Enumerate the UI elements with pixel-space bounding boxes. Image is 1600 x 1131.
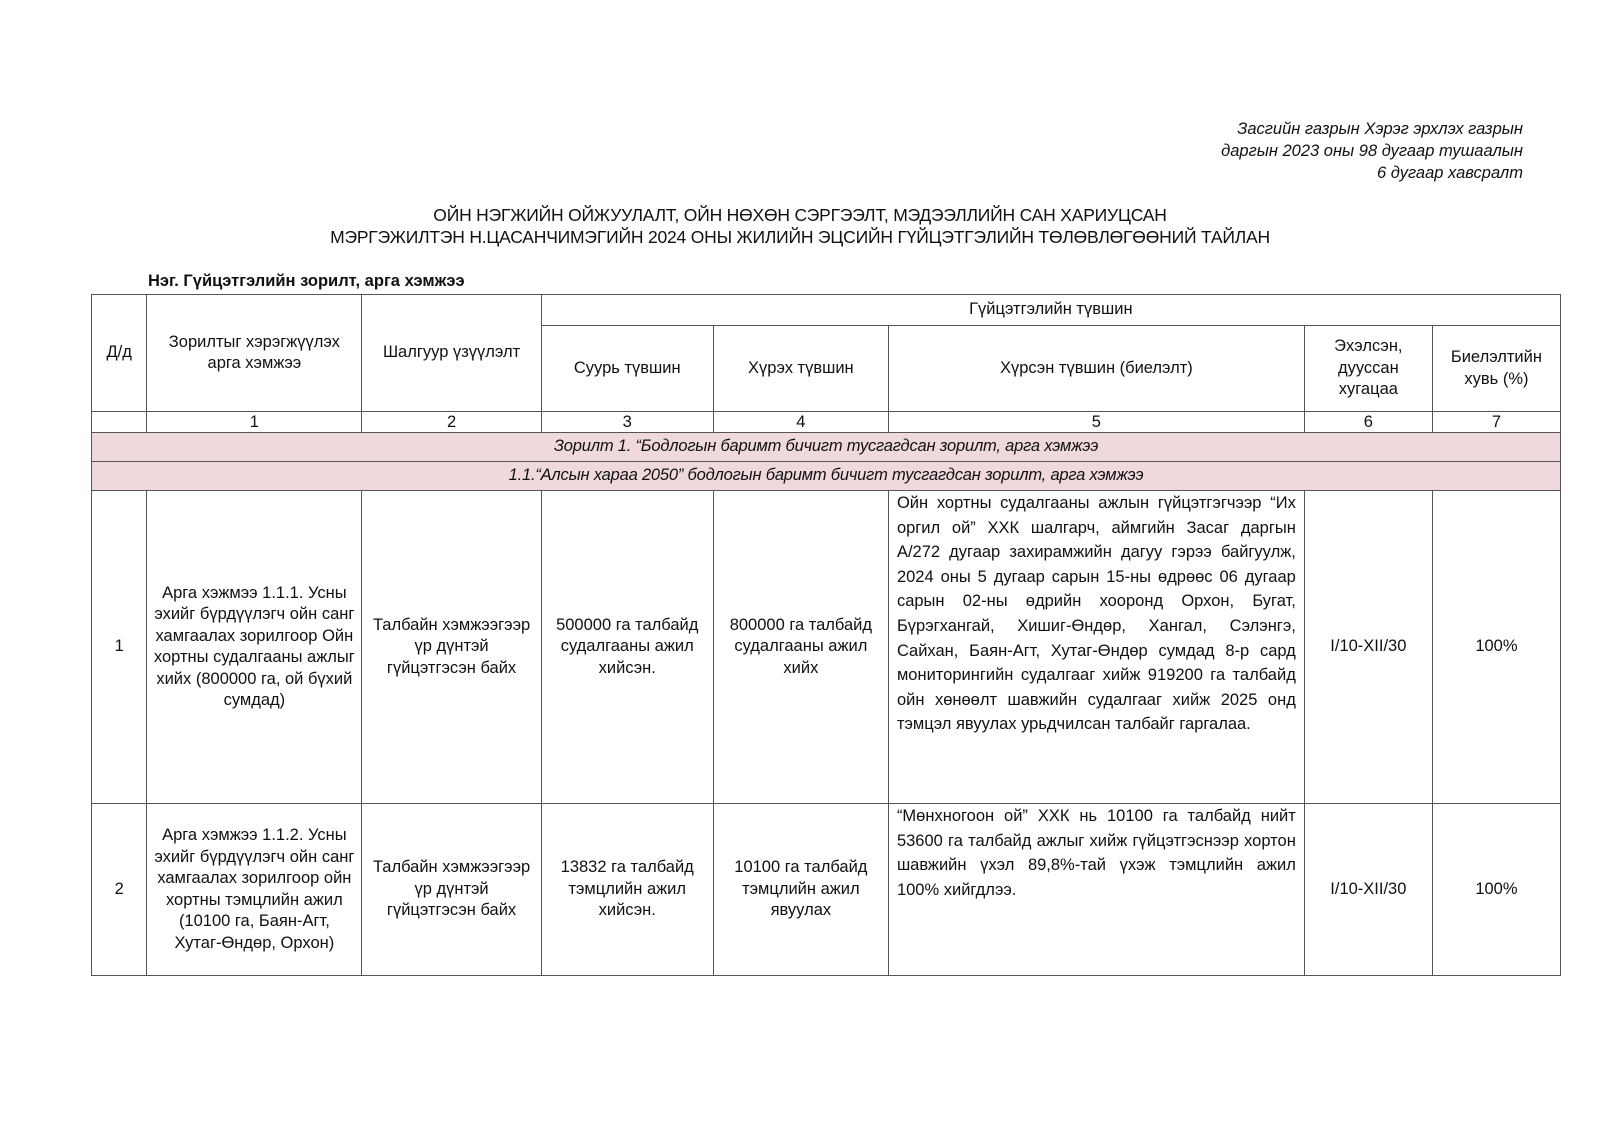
- row-criteria: Талбайн хэмжээгээр үр дүнтэй гүйцэтгэсэн…: [362, 804, 541, 976]
- subgoal-row: 1.1.“Алсын хараа 2050” бодлогын баримт б…: [92, 462, 1561, 491]
- section-heading: Нэг. Гүйцэтгэлийн зорилт, арга хэмжээ: [148, 272, 465, 291]
- column-number: 1: [147, 412, 362, 433]
- header-period: Эхэлсэн, дууссан хугацаа: [1304, 326, 1432, 412]
- column-number: 6: [1304, 412, 1432, 433]
- row-period: I/10-XII/30: [1304, 491, 1432, 804]
- row-number: 1: [92, 491, 147, 804]
- annex-reference: Засгийн газрын Хэрэг эрхлэх газрын даргы…: [1221, 118, 1523, 184]
- header-percent: Биелэлтийн хувь (%): [1432, 326, 1560, 412]
- row-baseline: 500000 га талбайд судалгааны ажил хийсэн…: [541, 491, 713, 804]
- column-number: 3: [541, 412, 713, 433]
- row-achieved: “Мөнхногоон ой” ХХК нь 10100 га талбайд …: [888, 804, 1304, 976]
- performance-table: Д/д Зорилтыг хэрэгжүүлэх арга хэмжээ Шал…: [91, 294, 1561, 976]
- title-line-2: МЭРГЭЖИЛТЭН Н.ЦАСАНЧИМЭГИЙН 2024 ОНЫ ЖИЛ…: [0, 226, 1600, 248]
- annex-line-3: 6 дугаар хавсралт: [1221, 162, 1523, 184]
- row-criteria: Талбайн хэмжээгээр үр дүнтэй гүйцэтгэсэн…: [362, 491, 541, 804]
- table-row: 2 Арга хэмжээ 1.1.2. Усны эхийг бүрдүүлэ…: [92, 804, 1561, 976]
- header-achieved: Хүрсэн түвшин (биелэлт): [888, 326, 1304, 412]
- row-target: 10100 га талбайд тэмцлийн ажил явуулах: [713, 804, 888, 976]
- column-number-row: 1 2 3 4 5 6 7: [92, 412, 1561, 433]
- header-criteria: Шалгуур үзүүлэлт: [362, 295, 541, 412]
- header-dd: Д/д: [92, 295, 147, 412]
- row-number: 2: [92, 804, 147, 976]
- title-line-1: ОЙН НЭГЖИЙН ОЙЖУУЛАЛТ, ОЙН НӨХӨН СЭРГЭЭЛ…: [0, 204, 1600, 226]
- row-baseline: 13832 га талбайд тэмцлийн ажил хийсэн.: [541, 804, 713, 976]
- row-measure: Арга хэмжээ 1.1.2. Усны эхийг бүрдүүлэгч…: [147, 804, 362, 976]
- subgoal-title: 1.1.“Алсын хараа 2050” бодлогын баримт б…: [92, 462, 1561, 491]
- column-number-blank: [92, 412, 147, 433]
- column-number: 5: [888, 412, 1304, 433]
- row-period: I/10-XII/30: [1304, 804, 1432, 976]
- column-number: 7: [1432, 412, 1560, 433]
- document-title: ОЙН НЭГЖИЙН ОЙЖУУЛАЛТ, ОЙН НӨХӨН СЭРГЭЭЛ…: [0, 204, 1600, 248]
- goal-row: Зорилт 1. “Бодлогын баримт бичигт тусгаг…: [92, 433, 1561, 462]
- column-number: 2: [362, 412, 541, 433]
- row-target: 800000 га талбайд судалгааны ажил хийх: [713, 491, 888, 804]
- annex-line-1: Засгийн газрын Хэрэг эрхлэх газрын: [1221, 118, 1523, 140]
- row-percent: 100%: [1432, 491, 1560, 804]
- header-target: Хүрэх түвшин: [713, 326, 888, 412]
- row-measure: Арга хэжмээ 1.1.1. Усны эхийг бүрдүүлэгч…: [147, 491, 362, 804]
- header-baseline: Суурь түвшин: [541, 326, 713, 412]
- table-row: 1 Арга хэжмээ 1.1.1. Усны эхийг бүрдүүлэ…: [92, 491, 1561, 804]
- header-measure: Зорилтыг хэрэгжүүлэх арга хэмжээ: [147, 295, 362, 412]
- column-number: 4: [713, 412, 888, 433]
- goal-title: Зорилт 1. “Бодлогын баримт бичигт тусгаг…: [92, 433, 1561, 462]
- header-performance-level: Гүйцэтгэлийн түвшин: [541, 295, 1560, 326]
- row-percent: 100%: [1432, 804, 1560, 976]
- annex-line-2: даргын 2023 оны 98 дугаар тушаалын: [1221, 140, 1523, 162]
- row-achieved: Ойн хортны судалгааны ажлын гүйцэтгэгчээ…: [888, 491, 1304, 804]
